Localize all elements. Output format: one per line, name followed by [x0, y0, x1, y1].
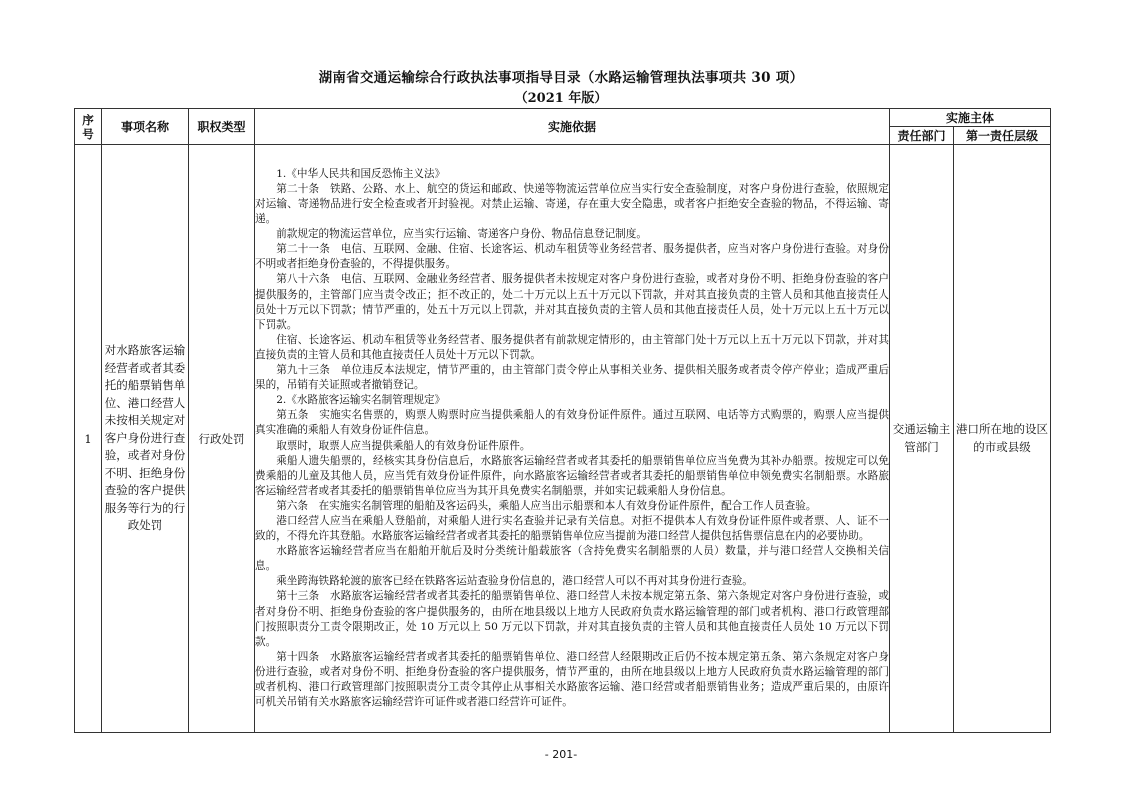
row-item-name: 对水路旅客运输经营者或者其委托的船票销售单位、港口经营人未按相关规定对客户身份进…: [102, 145, 189, 733]
basis-paragraph: 乘船人遗失船票的，经核实其身份信息后，水路旅客运输经营者或者其委托的船票销售单位…: [255, 454, 889, 499]
basis-paragraph: 水路旅客运输经营者应当在船舶开航后及时分类统计船载旅客（含持免费实名制船票的人员…: [255, 544, 889, 574]
basis-paragraph: 1.《中华人民共和国反恐怖主义法》: [255, 167, 889, 182]
row-first-level: 港口所在地的设区的市或县级: [954, 145, 1051, 733]
basis-paragraph: 前款规定的物流运营单位，应当实行运输、寄递客户身份、物品信息登记制度。: [255, 227, 889, 242]
enforcement-table: 序号 事项名称 职权类型 实施依据 实施主体 责任部门 第一责任层级 1 对水路…: [74, 108, 1051, 733]
page-number: - 201-: [0, 748, 1122, 761]
basis-paragraph: 第九十三条 单位违反本法规定，情节严重的，由主管部门责令停止从事相关业务、提供相…: [255, 363, 889, 393]
row-basis: 1.《中华人民共和国反恐怖主义法》 第二十条 铁路、公路、水上、航空的货运和邮政…: [255, 145, 890, 733]
basis-paragraph: 取票时，取票人应当提供乘船人的有效身份证件原件。: [255, 439, 889, 454]
basis-paragraph: 第五条 实施实名售票的，购票人购票时应当提供乘船人的有效身份证件原件。通过互联网…: [255, 408, 889, 438]
basis-paragraph: 住宿、长途客运、机动车租赁等业务经营者、服务提供者有前款规定情形的，由主管部门处…: [255, 333, 889, 363]
basis-paragraph: 第二十条 铁路、公路、水上、航空的货运和邮政、快递等物流运营单位应当实行安全查验…: [255, 182, 889, 227]
header-basis: 实施依据: [255, 109, 890, 145]
header-seq: 序号: [75, 109, 102, 145]
basis-paragraph: 乘坐跨海铁路轮渡的旅客已经在铁路客运站查验身份信息的，港口经营人可以不再对其身份…: [255, 574, 889, 589]
header-power-type: 职权类型: [189, 109, 255, 145]
document-subtitle: （2021 年版）: [0, 87, 1122, 106]
basis-paragraph: 第十四条 水路旅客运输经营者或者其委托的船票销售单位、港口经营人经限期改正后仍不…: [255, 650, 889, 710]
row-responsible-dept: 交通运输主管部门: [890, 145, 954, 733]
basis-paragraph: 第十三条 水路旅客运输经营者或者其委托的船票销售单位、港口经营人未按本规定第五条…: [255, 589, 889, 649]
document-title: 湖南省交通运输综合行政执法事项指导目录（水路运输管理执法事项共 30 项）: [0, 66, 1122, 86]
header-first-level: 第一责任层级: [954, 127, 1051, 145]
basis-paragraph: 港口经营人应当在乘船人登船前，对乘船人进行实名查验并记录有关信息。对拒不提供本人…: [255, 514, 889, 544]
basis-paragraph: 第二十一条 电信、互联网、金融、住宿、长途客运、机动车租赁等业务经营者、服务提供…: [255, 242, 889, 272]
table-row: 1 对水路旅客运输经营者或者其委托的船票销售单位、港口经营人未按相关规定对客户身…: [75, 145, 1051, 733]
header-subject: 实施主体: [890, 109, 1051, 127]
header-item-name: 事项名称: [102, 109, 189, 145]
header-responsible-dept: 责任部门: [890, 127, 954, 145]
basis-paragraph: 第八十六条 电信、互联网、金融业务经营者、服务提供者未按规定对客户身份进行查验，…: [255, 272, 889, 332]
basis-paragraph: 第六条 在实施实名制管理的船舶及客运码头，乘船人应当出示船票和本人有效身份证件原…: [255, 499, 889, 514]
basis-paragraph: 2.《水路旅客运输实名制管理规定》: [255, 393, 889, 408]
row-power-type: 行政处罚: [189, 145, 255, 733]
row-seq: 1: [75, 145, 102, 733]
